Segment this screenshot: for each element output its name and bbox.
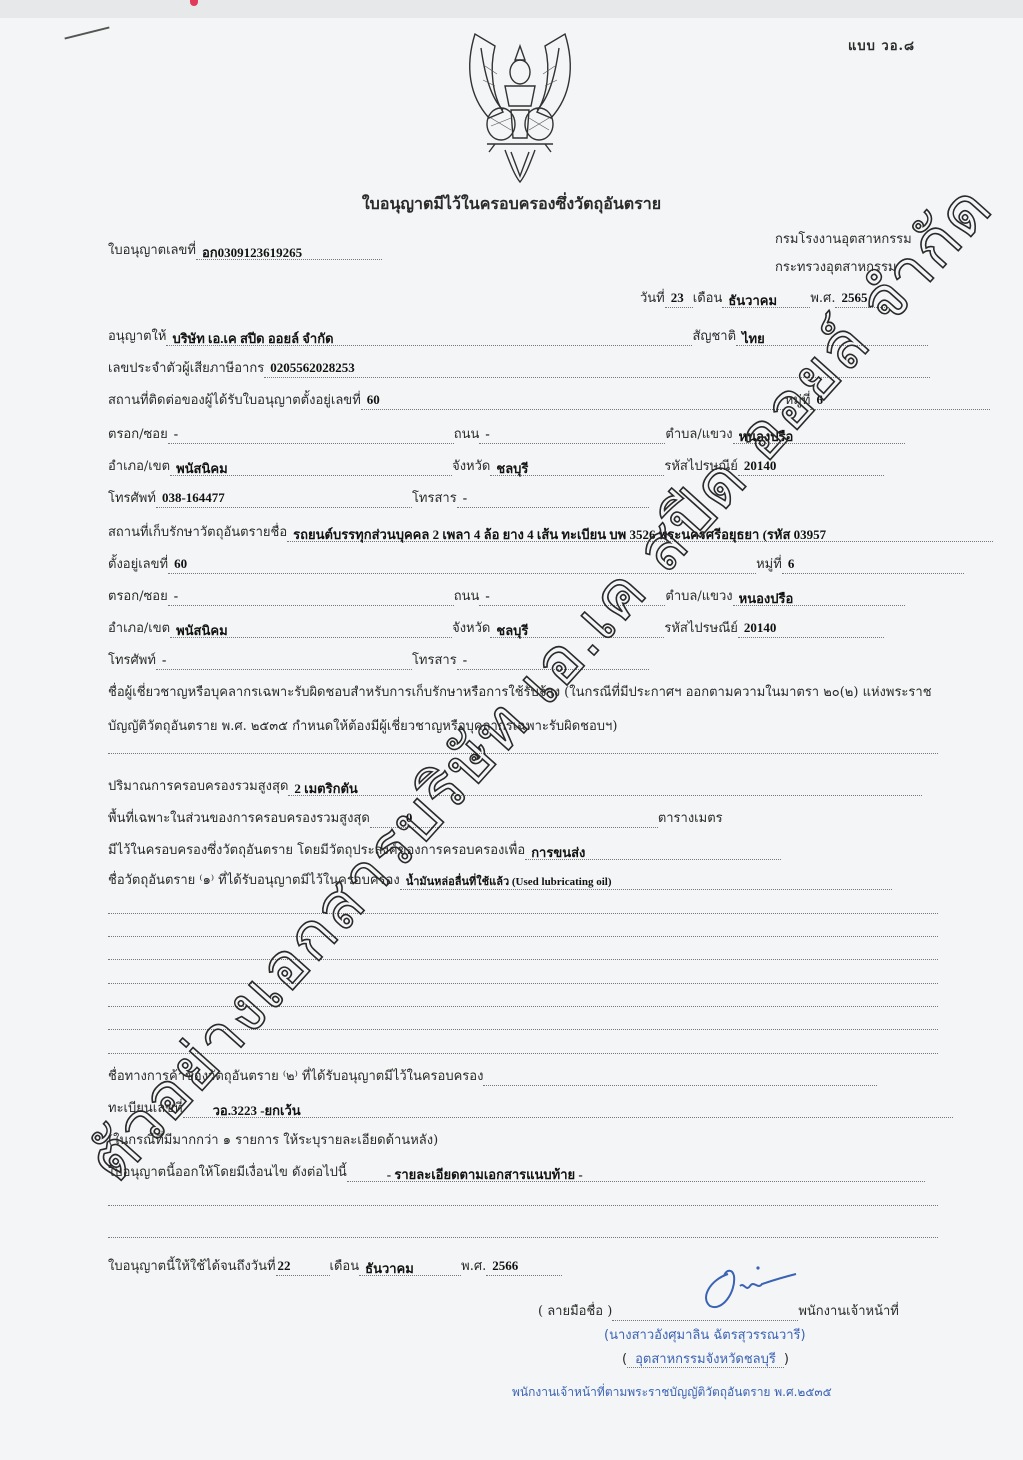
nationality-value: ไทย <box>736 328 928 346</box>
dotted-line <box>108 982 938 984</box>
scan-top-band <box>0 0 1023 18</box>
issue-date-row: วันที่ 23 เดือน ธันวาคม พ.ศ. 2565 <box>640 288 889 308</box>
storage-moo-value: 6 <box>782 556 964 574</box>
storage-district-row: อำเภอ/เขต พนัสนิคม จังหวัด ชลบุรี รหัสไป… <box>108 618 884 638</box>
contact-moo-label: หมู่ที่ <box>785 389 811 410</box>
storage-district-label: อำเภอ/เขต <box>108 617 170 638</box>
document-title: ใบอนุญาตมีไว้ในครอบครองซึ่งวัตถุอันตราย <box>0 192 1023 217</box>
storage-no-row: ตั้งอยู่เลขที่ 60 หมู่ที่ 6 <box>108 554 964 574</box>
dotted-line <box>108 1236 938 1238</box>
contact-fax-value: - <box>457 490 649 508</box>
contact-address-row: สถานที่ติดต่อของผู้ได้รับใบอนุญาตตั้งอยู… <box>108 390 990 410</box>
form-code: แบบ วอ.๘ <box>848 35 915 56</box>
registration-label: ทะเบียนเลขที่ <box>108 1097 183 1118</box>
issuer-department: กรมโรงงานอุตสาหกรรม <box>775 228 912 249</box>
storage-no-label: ตั้งอยู่เลขที่ <box>108 553 168 574</box>
contact-district-row: อำเภอ/เขต พนัสนิคม จังหวัด ชลบุรี รหัสไป… <box>108 456 884 476</box>
license-number-value: อก0309123619265 <box>196 242 382 260</box>
contact-phone-row: โทรศัพท์ 038-164477 โทรสาร - <box>108 488 649 508</box>
storage-province-label: จังหวัด <box>452 617 490 638</box>
storage-no-value: 60 <box>168 556 756 574</box>
storage-postcode-value: 20140 <box>738 620 884 638</box>
contact-road-value: - <box>479 426 665 444</box>
multi-note-row: (ในกรณีที่มีมากกว่า ๑ รายการ ให้ระบุรายล… <box>108 1130 438 1150</box>
storage-phone-label: โทรศัพท์ <box>108 649 156 670</box>
issue-day-value: 23 <box>665 290 693 308</box>
storage-soi-row: ตรอก/ซอย - ถนน - ตำบล/แขวง หนองปรือ <box>108 586 905 606</box>
max-quantity-label: ปริมาณการครอบครองรวมสูงสุด <box>108 775 288 796</box>
valid-until-day: 22 <box>276 1258 330 1276</box>
trade-name-value <box>483 1068 877 1086</box>
dotted-line <box>108 1052 938 1054</box>
pen-stroke-mark <box>64 26 109 39</box>
valid-until-label: ใบอนุญาตนี้ให้ใช้ได้จนถึงวันที่ <box>108 1255 276 1276</box>
contact-phone-value: 038-164477 <box>156 490 412 508</box>
trade-name-row: ชื่อทางการค้าของวัตถุอันตราย ⁽๒⁾ ที่ได้ร… <box>108 1066 877 1086</box>
signature-blank <box>612 1303 798 1321</box>
license-number-label: ใบอนุญาตเลขที่ <box>108 239 196 260</box>
contact-subdistrict-value: หนองปรือ <box>733 426 905 444</box>
conditions-row: ใบอนุญาตนี้ออกให้โดยมีเงื่อนไข ดังต่อไปน… <box>108 1162 925 1182</box>
valid-until-year: 2566 <box>486 1258 562 1276</box>
max-quantity-value: 2 เมตริกตัน <box>288 778 922 796</box>
licensee-row: อนุญาตให้ บริษัท เอ.เค สปีด ออยล์ จำกัด … <box>108 326 928 346</box>
issue-year-label: พ.ศ. <box>810 287 835 308</box>
contact-moo-value: 6 <box>810 392 990 410</box>
purpose-row: มีไว้ในครอบครองซึ่งวัตถุอันตราย โดยมีวัต… <box>108 840 781 860</box>
storage-phone-row: โทรศัพท์ - โทรสาร - <box>108 650 649 670</box>
dotted-line <box>108 958 938 960</box>
official-name: (นางสาวอังศุมาลิน ฉัตรสุวรรณวารี) <box>604 1324 806 1345</box>
signature-line: ( ลายมือชื่อ ) พนักงานเจ้าหน้าที่ <box>538 1300 899 1321</box>
contact-soi-row: ตรอก/ซอย - ถนน - ตำบล/แขวง หนองปรือ <box>108 424 905 444</box>
signature-label: ( ลายมือชื่อ ) <box>538 1300 612 1321</box>
nationality-label: สัญชาติ <box>692 325 736 346</box>
dotted-line <box>108 1204 938 1206</box>
dotted-line <box>108 1028 938 1030</box>
contact-soi-value: - <box>168 426 454 444</box>
contact-district-label: อำเภอ/เขต <box>108 455 170 476</box>
substance-label: ชื่อวัตถุอันตราย ⁽๑⁾ ที่ได้รับอนุญาตมีไว… <box>108 869 400 890</box>
substance-value: น้ำมันหล่อลื่นที่ใช้แล้ว (Used lubricati… <box>400 872 892 890</box>
contact-subdistrict-label: ตำบล/แขวง <box>665 423 732 444</box>
issuer-ministry: กระทรวงอุตสาหกรรม <box>775 256 897 277</box>
storage-province-value: ชลบุรี <box>490 620 664 638</box>
licensee-value: บริษัท เอ.เค สปีด ออยล์ จำกัด <box>166 328 692 346</box>
dotted-line <box>108 1005 938 1007</box>
storage-road-value: - <box>479 588 665 606</box>
issue-year-value: 2565 <box>835 290 889 308</box>
dotted-line <box>108 935 938 937</box>
issue-month-label: เดือน <box>693 287 723 308</box>
max-area-label: พื้นที่เฉพาะในส่วนของการครอบครองรวมสูงสุ… <box>108 807 370 828</box>
max-quantity-row: ปริมาณการครอบครองรวมสูงสุด 2 เมตริกตัน <box>108 776 922 796</box>
storage-road-label: ถนน <box>454 585 480 606</box>
storage-fax-label: โทรสาร <box>412 649 457 670</box>
contact-fax-label: โทรสาร <box>412 487 457 508</box>
storage-name-value: รถยนต์บรรทุกส่วนบุคคล 2 เพลา 4 ล้อ ยาง 4… <box>287 524 993 542</box>
storage-name-label: สถานที่เก็บรักษาวัตถุอันตรายชื่อ <box>108 521 287 542</box>
contact-postcode-label: รหัสไปรษณีย์ <box>664 455 738 476</box>
contact-no-value: 60 <box>361 392 785 410</box>
tax-id-value: 0205562028253 <box>264 360 930 378</box>
official-office: (อุตสาหกรรมจังหวัดชลบุรี) <box>622 1348 789 1369</box>
purpose-label: มีไว้ในครอบครองซึ่งวัตถุอันตราย โดยมีวัต… <box>108 839 525 860</box>
official-footer: พนักงานเจ้าหน้าที่ตามพระราชบัญญัติวัตถุอ… <box>512 1383 832 1402</box>
dotted-line <box>108 912 938 914</box>
valid-until-year-label: พ.ศ. <box>461 1255 486 1276</box>
signature-role: พนักงานเจ้าหน้าที่ <box>798 1300 899 1321</box>
storage-fax-value: - <box>457 652 649 670</box>
storage-moo-label: หมู่ที่ <box>756 553 782 574</box>
garuda-emblem-icon <box>455 26 585 186</box>
contact-soi-label: ตรอก/ซอย <box>108 423 168 444</box>
storage-subdistrict-value: หนองปรือ <box>733 588 905 606</box>
storage-soi-label: ตรอก/ซอย <box>108 585 168 606</box>
license-number-row: ใบอนุญาตเลขที่ อก0309123619265 <box>108 240 382 260</box>
max-area-unit: ตารางเมตร <box>658 807 723 828</box>
registration-row: ทะเบียนเลขที่ วอ.3223 -ยกเว้น <box>108 1098 953 1118</box>
storage-district-value: พนัสนิคม <box>170 620 452 638</box>
storage-soi-value: - <box>168 588 454 606</box>
substance-row: ชื่อวัตถุอันตราย ⁽๑⁾ ที่ได้รับอนุญาตมีไว… <box>108 870 892 890</box>
contact-province-label: จังหวัด <box>452 455 490 476</box>
valid-until-row: ใบอนุญาตนี้ให้ใช้ได้จนถึงวันที่ 22 เดือน… <box>108 1256 562 1276</box>
purpose-value: การขนส่ง <box>525 842 781 860</box>
official-office-value: อุตสาหกรรมจังหวัดชลบุรี <box>627 1352 784 1368</box>
max-area-value: 0 <box>370 810 658 828</box>
storage-name-row: สถานที่เก็บรักษาวัตถุอันตรายชื่อ รถยนต์บ… <box>108 522 993 542</box>
tax-id-label: เลขประจำตัวผู้เสียภาษีอากร <box>108 357 264 378</box>
valid-until-month-label: เดือน <box>330 1255 360 1276</box>
contact-province-value: ชลบุรี <box>490 458 664 476</box>
issue-day-label: วันที่ <box>640 287 665 308</box>
valid-until-month: ธันวาคม <box>359 1258 461 1276</box>
contact-road-label: ถนน <box>454 423 480 444</box>
dotted-line <box>108 752 938 754</box>
issue-month-value: ธันวาคม <box>722 290 810 308</box>
trade-name-label: ชื่อทางการค้าของวัตถุอันตราย ⁽๒⁾ ที่ได้ร… <box>108 1065 483 1086</box>
storage-phone-value: - <box>156 652 412 670</box>
tax-id-row: เลขประจำตัวผู้เสียภาษีอากร 0205562028253 <box>108 358 930 378</box>
contact-postcode-value: 20140 <box>738 458 884 476</box>
licensee-label: อนุญาตให้ <box>108 325 166 346</box>
expert-note: ชื่อผู้เชี่ยวชาญหรือบุคลากรเฉพาะรับผิดชอ… <box>108 676 938 744</box>
registration-value: วอ.3223 -ยกเว้น <box>183 1100 953 1118</box>
storage-postcode-label: รหัสไปรษณีย์ <box>664 617 738 638</box>
contact-phone-label: โทรศัพท์ <box>108 487 156 508</box>
conditions-value: - รายละเอียดตามเอกสารแนบท้าย - <box>347 1164 925 1182</box>
multi-note: (ในกรณีที่มีมากกว่า ๑ รายการ ให้ระบุรายล… <box>108 1129 438 1150</box>
storage-subdistrict-label: ตำบล/แขวง <box>665 585 732 606</box>
max-area-row: พื้นที่เฉพาะในส่วนของการครอบครองรวมสูงสุ… <box>108 808 723 828</box>
contact-no-label: สถานที่ติดต่อของผู้ได้รับใบอนุญาตตั้งอยู… <box>108 389 361 410</box>
contact-district-value: พนัสนิคม <box>170 458 452 476</box>
conditions-label: ใบอนุญาตนี้ออกให้โดยมีเงื่อนไข ดังต่อไปน… <box>108 1161 347 1182</box>
